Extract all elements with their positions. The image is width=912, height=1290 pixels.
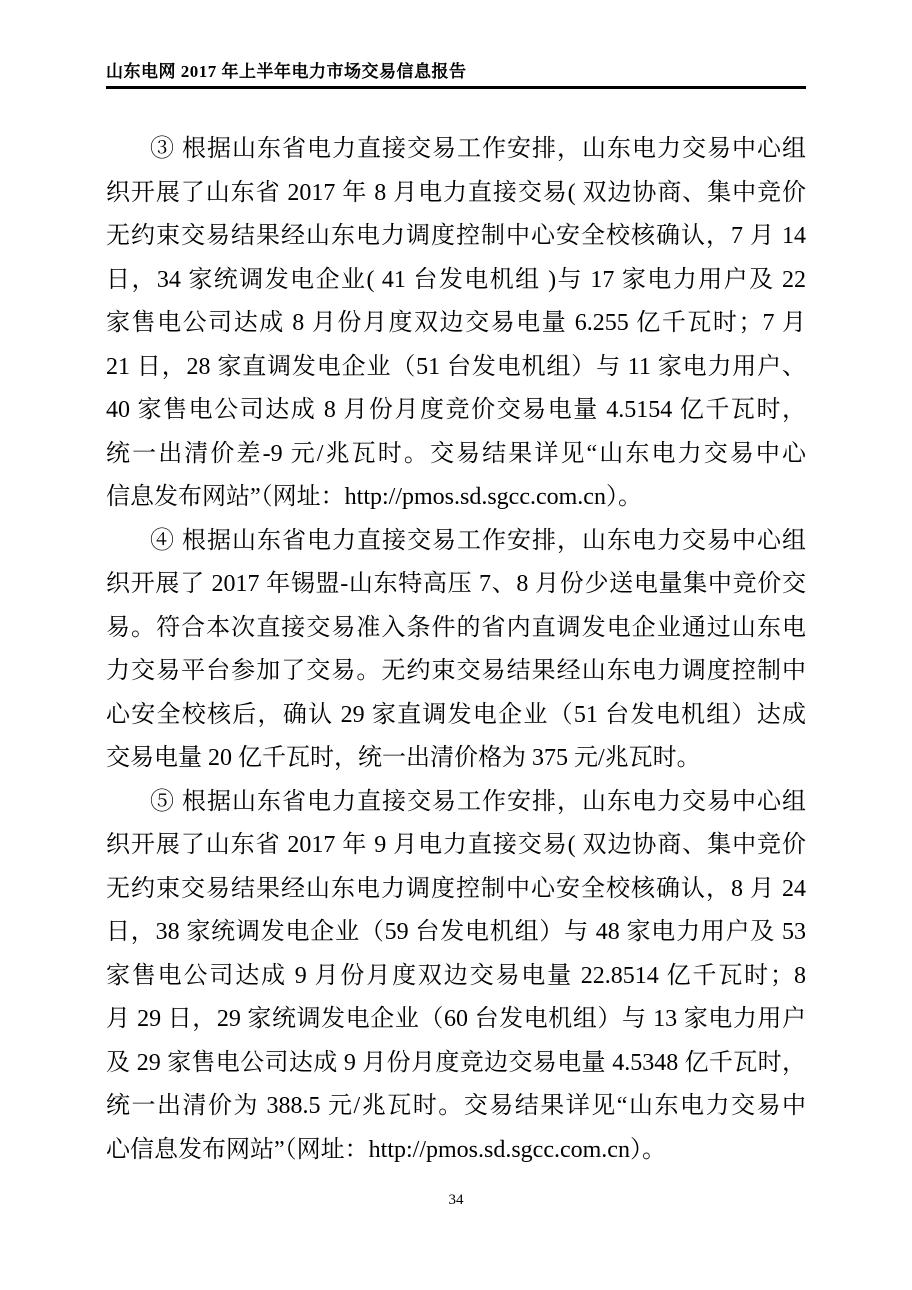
paragraph-line: 心信息发布网站”（网址：http://pmos.sd.sgcc.com.cn）。	[106, 1129, 806, 1173]
paragraph-line: ③ 根据山东省电力直接交易工作安排，山东电力交易中心组	[106, 128, 806, 172]
paragraph-line: ⑤ 根据山东省电力直接交易工作安排，山东电力交易中心组	[106, 781, 806, 825]
document-body: ③ 根据山东省电力直接交易工作安排，山东电力交易中心组 织开展了山东省 2017…	[106, 128, 806, 1172]
paragraph-line: 40 家售电公司达成 8 月份月度竞价交易电量 4.5154 亿千瓦时，	[106, 389, 806, 433]
paragraph-line: 统一出清价差-9 元/兆瓦时。交易结果详见“山东电力交易中心	[106, 433, 806, 477]
header-rule	[106, 86, 806, 89]
paragraph-line: 家售电公司达成 8 月份月度双边交易电量 6.255 亿千瓦时；7 月	[106, 302, 806, 346]
paragraph-line: 心安全校核后，确认 29 家直调发电企业（51 台发电机组）达成	[106, 694, 806, 738]
page-number: 34	[0, 1192, 912, 1209]
paragraph-line: 易。符合本次直接交易准入条件的省内直调发电企业通过山东电	[106, 607, 806, 651]
paragraph-line: 日，38 家统调发电企业（59 台发电机组）与 48 家电力用户及 53	[106, 911, 806, 955]
running-header: 山东电网 2017 年上半年电力市场交易信息报告	[106, 57, 806, 82]
paragraph-line: 织开展了山东省 2017 年 9 月电力直接交易( 双边协商、集中竞价 )。	[106, 824, 806, 868]
paragraph-line: 统一出清价为 388.5 元/兆瓦时。交易结果详见“山东电力交易中	[106, 1085, 806, 1129]
paragraph-line: 21 日，28 家直调发电企业（51 台发电机组）与 11 家电力用户、	[106, 346, 806, 390]
paragraph-line: 家售电公司达成 9 月份月度双边交易电量 22.8514 亿千瓦时；8	[106, 955, 806, 999]
paragraph-line: 力交易平台参加了交易。无约束交易结果经山东电力调度控制中	[106, 650, 806, 694]
paragraph-line: 无约束交易结果经山东电力调度控制中心安全校核确认，8 月 24	[106, 868, 806, 912]
paragraph-line: 及 29 家售电公司达成 9 月份月度竞边交易电量 4.5348 亿千瓦时，	[106, 1042, 806, 1086]
paragraph-line: 交易电量 20 亿千瓦时，统一出清价格为 375 元/兆瓦时。	[106, 737, 806, 781]
paragraph-line: 无约束交易结果经山东电力调度控制中心安全校核确认，7 月 14	[106, 215, 806, 259]
paragraph-line: 织开展了 2017 年锡盟-山东特高压 7、8 月份少送电量集中竞价交	[106, 563, 806, 607]
paragraph-line: 织开展了山东省 2017 年 8 月电力直接交易( 双边协商、集中竞价 )。	[106, 172, 806, 216]
paragraph-line: 日，34 家统调发电企业( 41 台发电机组 )与 17 家电力用户及 22	[106, 259, 806, 303]
document-page: 山东电网 2017 年上半年电力市场交易信息报告 ③ 根据山东省电力直接交易工作…	[0, 0, 912, 1290]
paragraph-line: 信息发布网站”（网址：http://pmos.sd.sgcc.com.cn）。	[106, 476, 806, 520]
paragraph-line: 月 29 日，29 家统调发电企业（60 台发电机组）与 13 家电力用户	[106, 998, 806, 1042]
paragraph-line: ④ 根据山东省电力直接交易工作安排，山东电力交易中心组	[106, 520, 806, 564]
